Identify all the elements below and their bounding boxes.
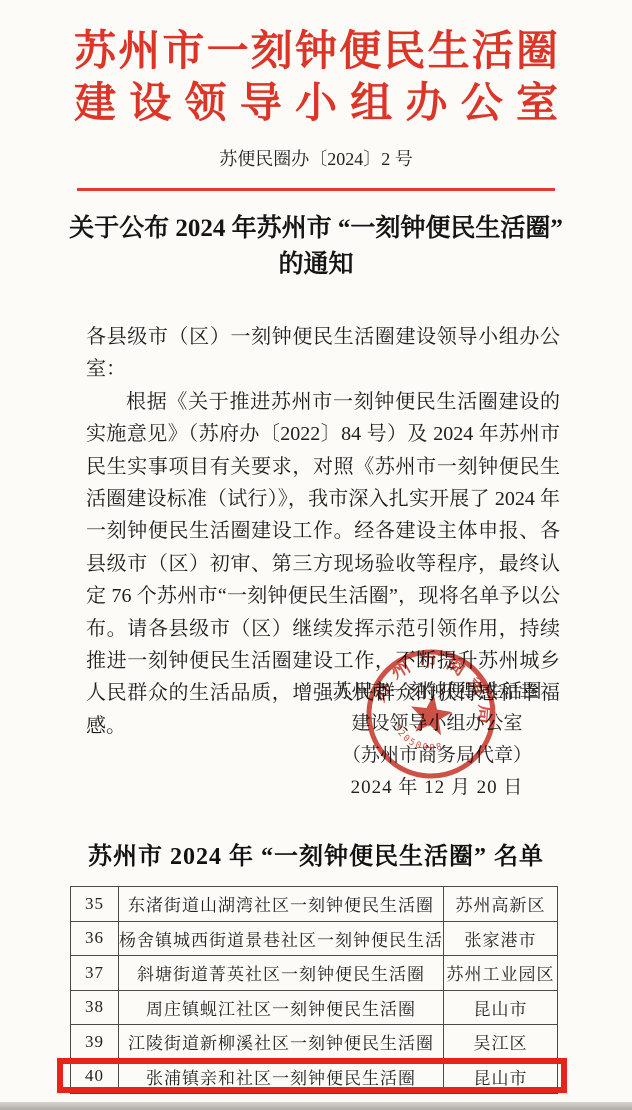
cell-district: 吴江区 bbox=[444, 1025, 558, 1060]
table-row: 36杨舍镇城西街道景巷社区一刻钟便民生活圈张家港市 bbox=[71, 921, 558, 956]
official-seal-stamp-icon: 苏州市商务局 32050008 bbox=[352, 635, 510, 793]
letterhead-divider-rule bbox=[77, 188, 555, 191]
document-page: 苏州市一刻钟便民生活圈 建设领导小组办公室 苏便民圈办〔2024〕2 号 关于公… bbox=[0, 0, 632, 1110]
cell-name: 斜塘街道菁英社区一刻钟便民生活圈 bbox=[119, 956, 444, 991]
cell-name: 东渚街道山湖湾社区一刻钟便民生活圈 bbox=[119, 887, 444, 922]
letterhead-org-line1: 苏州市一刻钟便民生活圈 bbox=[74, 26, 558, 78]
cell-no: 38 bbox=[71, 990, 119, 1025]
cell-no: 36 bbox=[71, 921, 119, 956]
cell-district: 苏州工业园区 bbox=[444, 956, 558, 991]
table-row: 40张浦镇亲和社区一刻钟便民生活圈昆山市 bbox=[71, 1059, 558, 1094]
letterhead-org-line2: 建设领导小组办公室 bbox=[74, 78, 558, 130]
roster-title: 苏州市 2024 年 “一刻钟便民生活圈” 名单 bbox=[0, 836, 632, 871]
cell-name: 杨舍镇城西街道景巷社区一刻钟便民生活圈 bbox=[119, 921, 444, 956]
table-row: 35东渚街道山湖湾社区一刻钟便民生活圈苏州高新区 bbox=[71, 887, 558, 922]
cell-name: 周庄镇蚬江社区一刻钟便民生活圈 bbox=[119, 990, 444, 1025]
salutation: 各县级市（区）一刻钟便民生活圈建设领导小组办公室： bbox=[86, 321, 560, 386]
scan-edge-shadow bbox=[0, 1102, 632, 1110]
roster-table-body: 35东渚街道山湖湾社区一刻钟便民生活圈苏州高新区36杨舍镇城西街道景巷社区一刻钟… bbox=[71, 887, 558, 1094]
cell-district: 昆山市 bbox=[444, 1059, 558, 1094]
cell-no: 35 bbox=[71, 887, 119, 922]
table-row: 38周庄镇蚬江社区一刻钟便民生活圈昆山市 bbox=[71, 990, 558, 1025]
notice-title-line2: 的通知 bbox=[278, 251, 353, 278]
cell-no: 39 bbox=[71, 1025, 119, 1060]
cell-name: 江陵街道新柳溪社区一刻钟便民生活圈 bbox=[119, 1025, 444, 1060]
cell-district: 张家港市 bbox=[444, 921, 558, 956]
document-number: 苏便民圈办〔2024〕2 号 bbox=[0, 146, 632, 172]
stamp-star-icon bbox=[408, 691, 455, 736]
cell-district: 昆山市 bbox=[444, 990, 558, 1025]
notice-title: 关于公布 2024 年苏州市 “一刻钟便民生活圈” 的通知 bbox=[0, 211, 632, 283]
letterhead: 苏州市一刻钟便民生活圈 建设领导小组办公室 bbox=[0, 0, 632, 130]
cell-no: 37 bbox=[71, 956, 119, 991]
cell-no: 40 bbox=[71, 1059, 119, 1094]
cell-name: 张浦镇亲和社区一刻钟便民生活圈 bbox=[119, 1059, 444, 1094]
cell-district: 苏州高新区 bbox=[444, 887, 558, 922]
roster-table-wrap: 35东渚街道山湖湾社区一刻钟便民生活圈苏州高新区36杨舍镇城西街道景巷社区一刻钟… bbox=[70, 886, 557, 1094]
roster-table: 35东渚街道山湖湾社区一刻钟便民生活圈苏州高新区36杨舍镇城西街道景巷社区一刻钟… bbox=[70, 886, 558, 1094]
table-row: 37斜塘街道菁英社区一刻钟便民生活圈苏州工业园区 bbox=[71, 956, 558, 991]
table-row: 39江陵街道新柳溪社区一刻钟便民生活圈吴江区 bbox=[71, 1025, 558, 1060]
notice-title-line1: 关于公布 2024 年苏州市 “一刻钟便民生活圈” bbox=[69, 215, 563, 242]
